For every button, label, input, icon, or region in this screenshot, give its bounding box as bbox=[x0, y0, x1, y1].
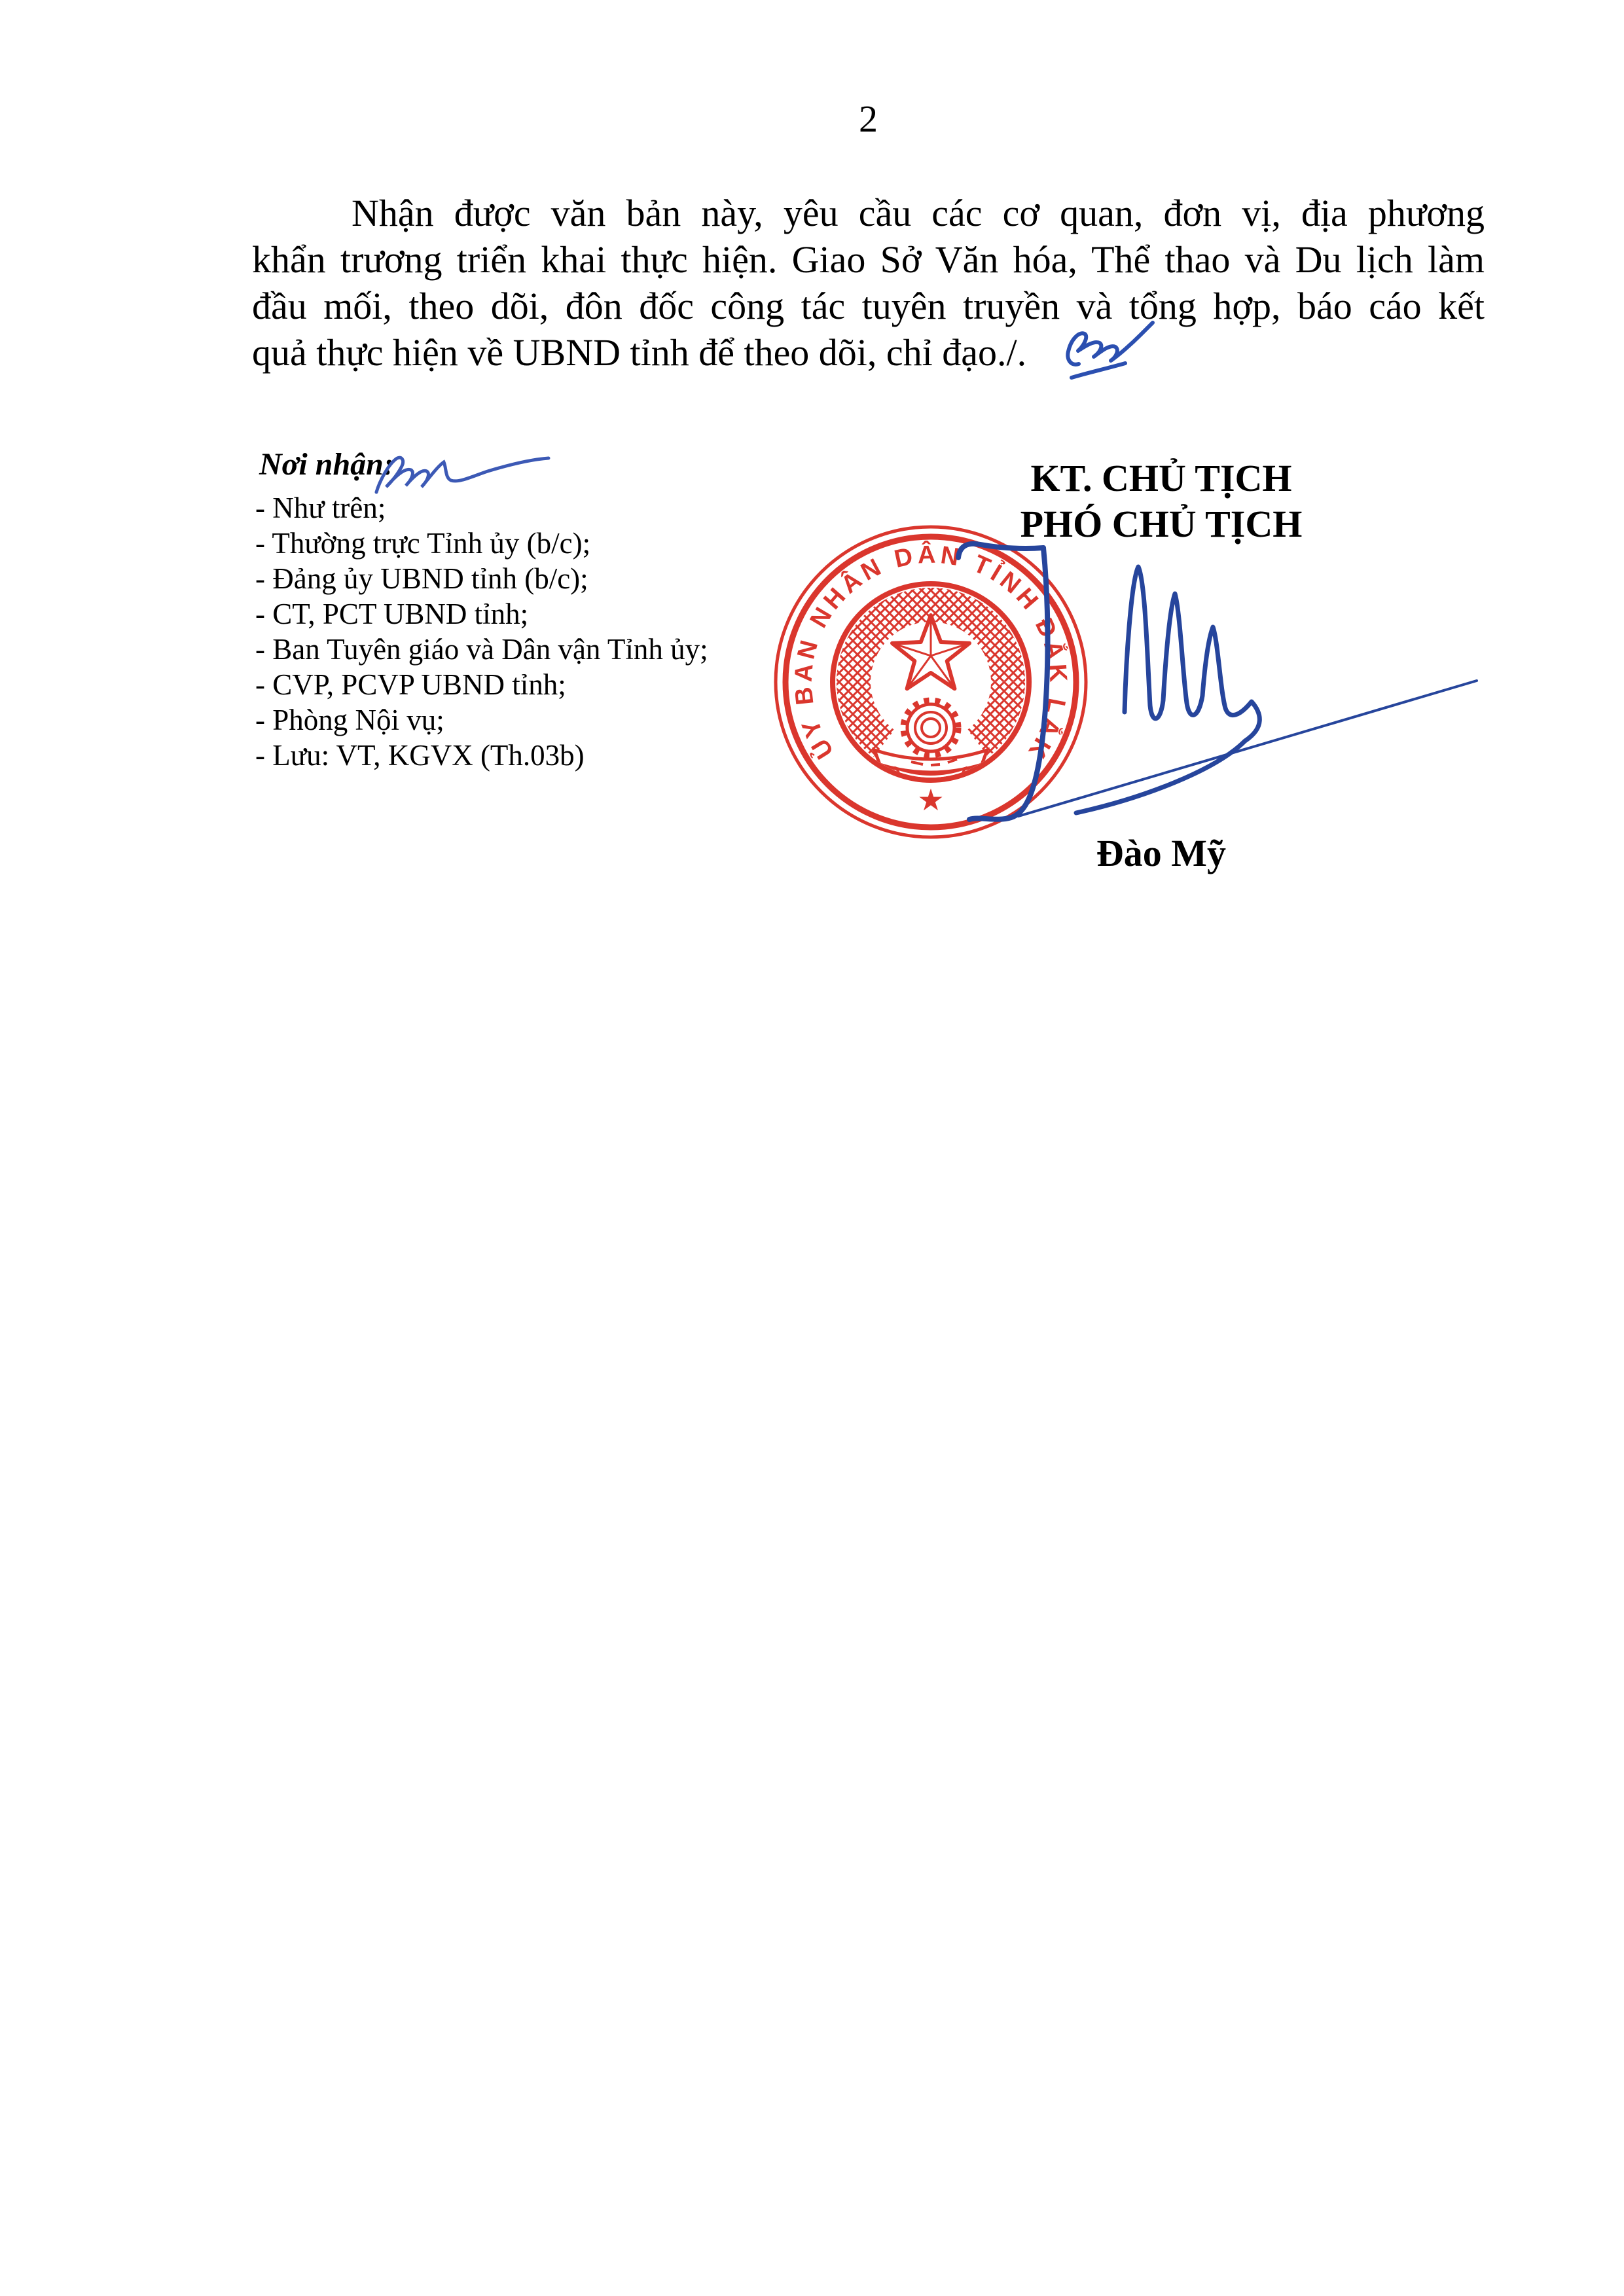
paragraph-line-4: quả thực hiện về UBND tỉnh để theo dõi, … bbox=[252, 329, 1485, 376]
signer-title: KT. CHỦ TỊCH PHÓ CHỦ TỊCH bbox=[931, 456, 1392, 547]
emblem-wreath bbox=[854, 605, 1008, 759]
signature-flourish-line bbox=[1019, 681, 1477, 816]
emblem-star-icon bbox=[892, 615, 969, 689]
recipient-item: - Phòng Nội vụ; bbox=[255, 702, 844, 738]
emblem-cog-teeth bbox=[903, 700, 958, 755]
recipients-heading: Nơi nhận: bbox=[259, 446, 844, 482]
body-paragraph: Nhận được văn bản này, yêu cầu các cơ qu… bbox=[252, 190, 1485, 376]
recipient-item: - Đảng ủy UBND tỉnh (b/c); bbox=[255, 561, 844, 596]
signature-loops bbox=[1076, 567, 1259, 813]
recipient-item: - Ban Tuyên giáo và Dân vận Tỉnh ủy; bbox=[255, 632, 844, 667]
seal-bottom-star-icon: ★ bbox=[917, 782, 944, 817]
page-number: 2 bbox=[252, 97, 1485, 141]
recipient-item: - CT, PCT UBND tỉnh; bbox=[255, 596, 844, 632]
signer-title-line-2: PHÓ CHỦ TỊCH bbox=[931, 501, 1392, 547]
emblem-ribbon-marks bbox=[911, 759, 957, 765]
signature-descender bbox=[969, 548, 1047, 819]
emblem-ribbon-lower bbox=[897, 768, 965, 782]
signer-title-line-1: KT. CHỦ TỊCH bbox=[931, 456, 1392, 501]
paragraph-line-2: khẩn trương triển khai thực hiện. Giao S… bbox=[252, 236, 1485, 283]
emblem-star-spokes bbox=[892, 615, 969, 689]
signer-name: Đào Mỹ bbox=[931, 831, 1392, 875]
recipient-item: - CVP, PCVP UBND tỉnh; bbox=[255, 667, 844, 702]
seal-national-emblem bbox=[854, 605, 1008, 782]
document-page: 2 Nhận được văn bản này, yêu cầu các cơ … bbox=[0, 0, 1624, 2296]
recipient-item: - Như trên; bbox=[255, 490, 844, 526]
emblem-cog bbox=[907, 704, 954, 751]
emblem-cog-ring-2 bbox=[922, 719, 940, 737]
recipients-block: Nơi nhận: - Như trên; - Thường trực Tỉnh… bbox=[255, 446, 844, 773]
recipient-item: - Lưu: VT, KGVX (Th.03b) bbox=[255, 738, 844, 773]
recipient-item: - Thường trực Tỉnh ủy (b/c); bbox=[255, 526, 844, 561]
signature-strokes bbox=[958, 544, 1477, 819]
paragraph-line-1: Nhận được văn bản này, yêu cầu các cơ qu… bbox=[252, 190, 1485, 236]
emblem-cog-ring-1 bbox=[915, 712, 947, 744]
emblem-ribbon-upper bbox=[875, 750, 987, 772]
seal-emblem-circle bbox=[833, 584, 1029, 780]
paragraph-line-3: đầu mối, theo dõi, đôn đốc công tác tuyê… bbox=[252, 283, 1485, 329]
